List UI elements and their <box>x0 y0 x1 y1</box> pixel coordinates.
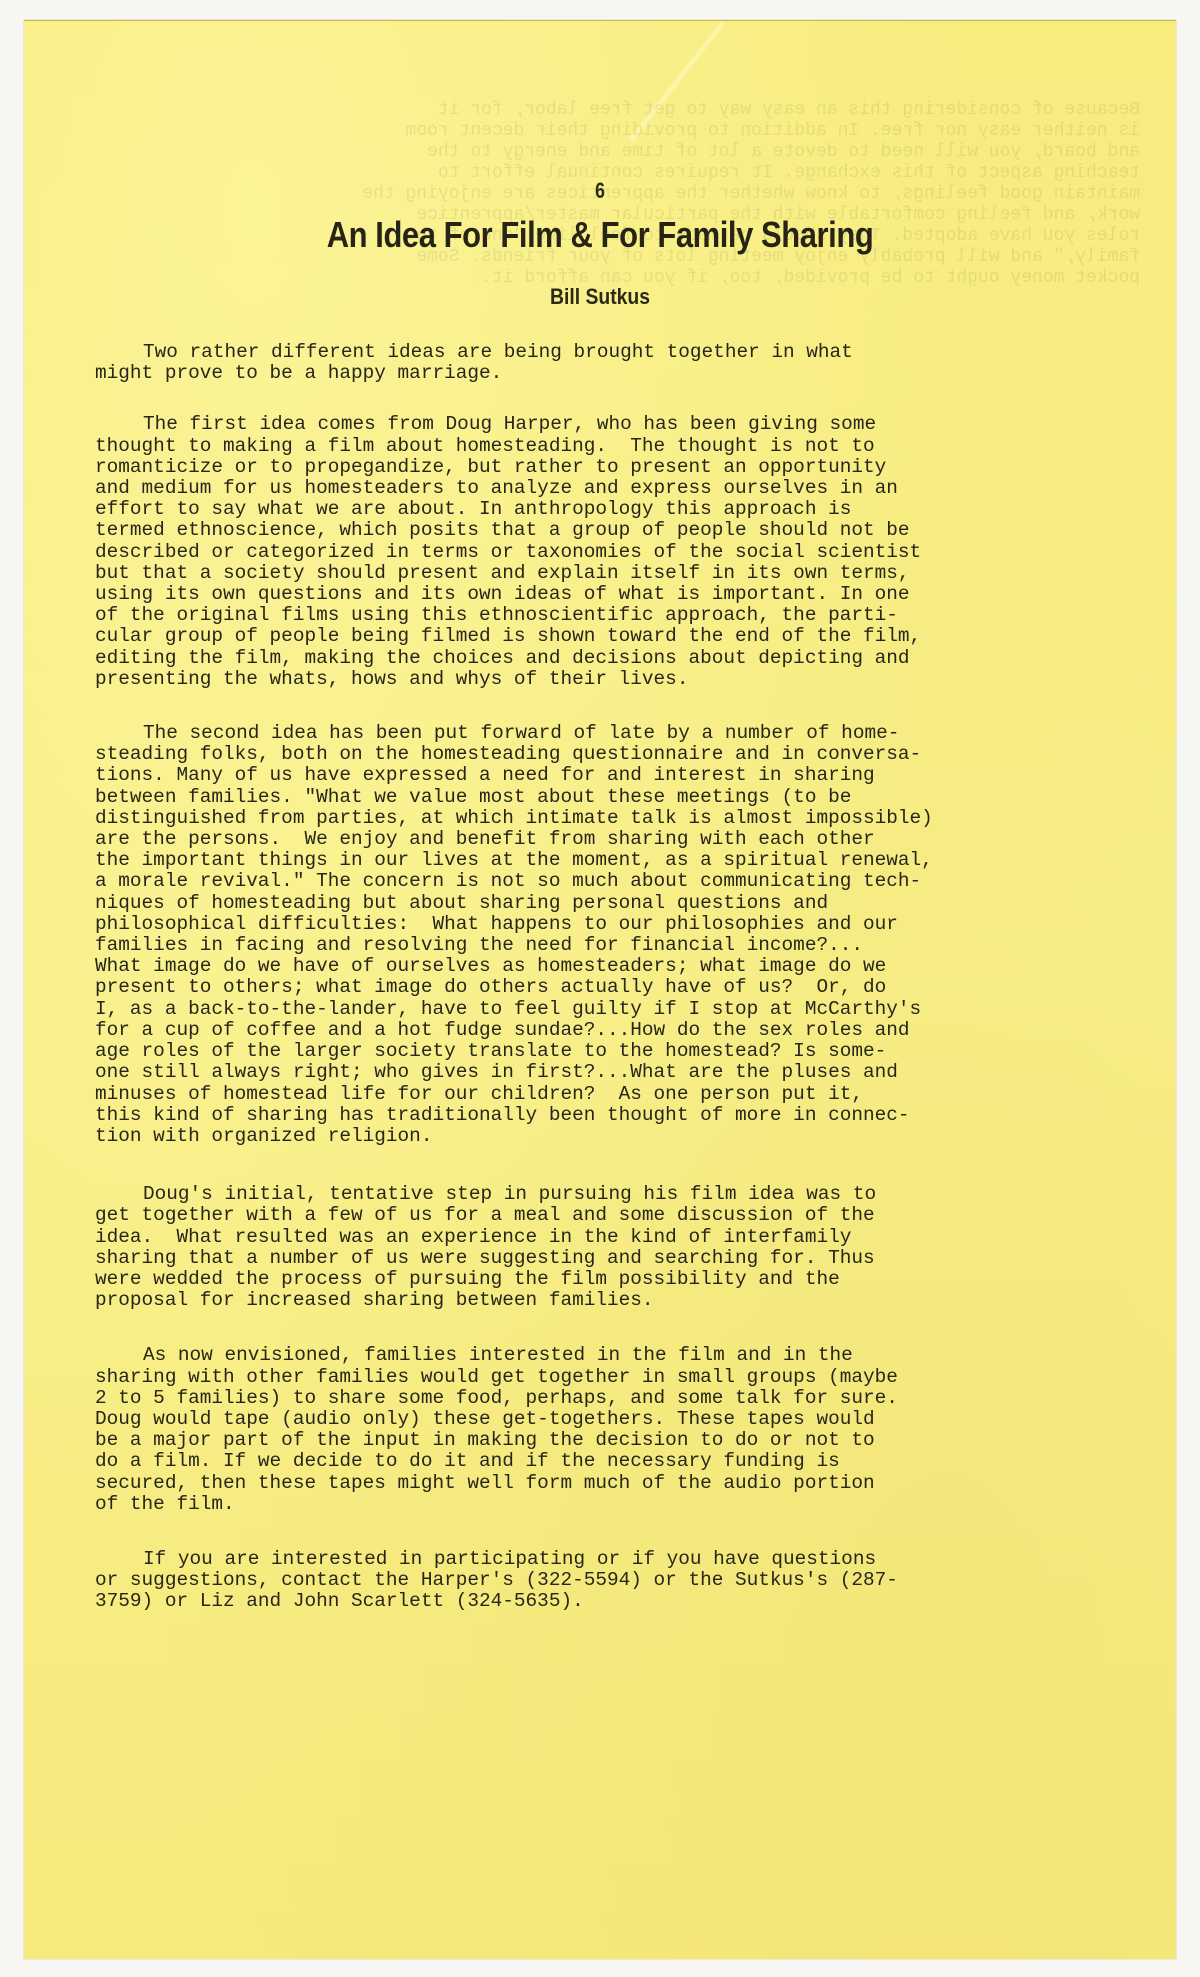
text-line: for a cup of coffee and a hot fudge sund… <box>95 1020 1095 1041</box>
text-line: be a major part of the input in making t… <box>95 1430 1095 1451</box>
text-line: effort to say what we are about. In anth… <box>95 499 1095 520</box>
text-line: 3759) or Liz and John Scarlett (324-5635… <box>95 1591 1095 1612</box>
text-line: cular group of people being filmed is sh… <box>95 626 1095 647</box>
paragraph-envisioned: As now envisioned, families interested i… <box>95 1345 1095 1515</box>
text-line: or suggestions, contact the Harper's (32… <box>95 1570 1095 1591</box>
paragraph-initial-step: Doug's initial, tentative step in pursui… <box>95 1184 1095 1311</box>
text-line: get together with a few of us for a meal… <box>95 1205 1095 1226</box>
text-line: Two rather different ideas are being bro… <box>95 342 1095 363</box>
paragraph-intro: Two rather different ideas are being bro… <box>95 342 1095 384</box>
text-line: but that a society should present and ex… <box>95 563 1095 584</box>
text-line: termed ethnoscience, which posits that a… <box>95 520 1095 541</box>
text-line: between families. "What we value most ab… <box>95 787 1095 808</box>
text-line: tion with organized religion. <box>95 1126 1095 1147</box>
paragraph-second-idea: The second idea has been put forward of … <box>95 723 1095 1147</box>
article-author: Bill Sutkus <box>72 284 1128 310</box>
text-line: steading folks, both on the homesteading… <box>95 744 1095 765</box>
page-number: 6 <box>120 178 1080 204</box>
text-line: are the persons. We enjoy and benefit fr… <box>95 829 1095 850</box>
text-line: Doug's initial, tentative step in pursui… <box>95 1184 1095 1205</box>
text-line: idea. What resulted was an experience in… <box>95 1227 1095 1248</box>
text-line: of the original films using this ethnosc… <box>95 605 1095 626</box>
paragraph-first-idea: The first idea comes from Doug Harper, w… <box>95 414 1095 690</box>
text-line: presenting the whats, hows and whys of t… <box>95 669 1095 690</box>
text-line: The second idea has been put forward of … <box>95 723 1095 744</box>
text-line: age roles of the larger society translat… <box>95 1041 1095 1062</box>
text-line: 2 to 5 families) to share some food, per… <box>95 1388 1095 1409</box>
text-line: families in facing and resolving the nee… <box>95 935 1095 956</box>
text-line: editing the film, making the choices and… <box>95 648 1095 669</box>
text-line: thought to making a film about homestead… <box>95 436 1095 457</box>
text-line: a morale revival." The concern is not so… <box>95 871 1095 892</box>
text-line: present to others; what image do others … <box>95 977 1095 998</box>
text-line: of the film. <box>95 1494 1095 1515</box>
text-line: this kind of sharing has traditionally b… <box>95 1105 1095 1126</box>
text-line: Doug would tape (audio only) these get-t… <box>95 1409 1095 1430</box>
text-line: one still always right; who gives in fir… <box>95 1062 1095 1083</box>
article-body: Two rather different ideas are being bro… <box>95 342 1095 1637</box>
text-line: If you are interested in participating o… <box>95 1549 1095 1570</box>
text-line: were wedded the process of pursuing the … <box>95 1269 1095 1290</box>
text-line: As now envisioned, families interested i… <box>95 1345 1095 1366</box>
text-line: The first idea comes from Doug Harper, w… <box>95 414 1095 435</box>
article-title: An Idea For Film & For Family Sharing <box>84 214 1116 256</box>
paragraph-contact: If you are interested in participating o… <box>95 1549 1095 1613</box>
text-line: distinguished from parties, at which int… <box>95 808 1095 829</box>
text-line: sharing that a number of us were suggest… <box>95 1248 1095 1269</box>
text-line: romanticize or to propegandize, but rath… <box>95 457 1095 478</box>
text-line: described or categorized in terms or tax… <box>95 542 1095 563</box>
text-line: What image do we have of ourselves as ho… <box>95 956 1095 977</box>
text-line: philosophical difficulties: What happens… <box>95 914 1095 935</box>
text-line: the important things in our lives at the… <box>95 850 1095 871</box>
text-line: I, as a back-to-the-lander, have to feel… <box>95 999 1095 1020</box>
text-line: secured, then these tapes might well for… <box>95 1473 1095 1494</box>
text-line: proposal for increased sharing between f… <box>95 1290 1095 1311</box>
text-line: might prove to be a happy marriage. <box>95 363 1095 384</box>
text-line: tions. Many of us have expressed a need … <box>95 765 1095 786</box>
text-line: using its own questions and its own idea… <box>95 584 1095 605</box>
text-line: minuses of homestead life for our childr… <box>95 1084 1095 1105</box>
text-line: sharing with other families would get to… <box>95 1367 1095 1388</box>
text-line: niques of homesteading but about sharing… <box>95 893 1095 914</box>
text-line: and medium for us homesteaders to analyz… <box>95 478 1095 499</box>
text-line: do a film. If we decide to do it and if … <box>95 1451 1095 1472</box>
